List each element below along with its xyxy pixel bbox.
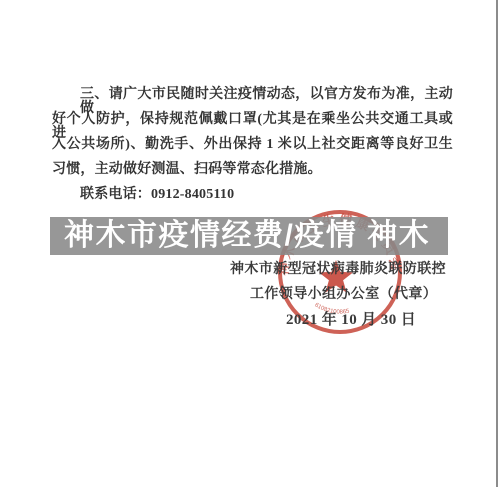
contact-phone-line: 联系电话：0912-8405110 bbox=[80, 188, 234, 202]
scan-edge-line bbox=[496, 0, 498, 487]
body-text-line-4: 习惯，主动做好测温、扫码等常态化措施。 bbox=[52, 163, 322, 177]
signature-date: 2021 年 10 月 30 日 bbox=[286, 313, 416, 328]
signature-org-line-2: 工作领导小组办公室（代章） bbox=[250, 288, 437, 302]
body-text-line-3: 入公共场所)、勤洗手、外出保持 1 米以上社交距离等良好卫生 bbox=[52, 138, 453, 152]
signature-org-line-1: 神木市新型冠状病毒肺炎联防联控 bbox=[230, 263, 446, 277]
headline-banner: 神木市疫情经费/疫情 神木 bbox=[50, 217, 448, 255]
document-page: 神木市卫生健康委员会 61082100865 三、请广大市民随时关注疫情动态，以… bbox=[0, 0, 500, 487]
headline-text: 神木市疫情经费/疫情 神木 bbox=[50, 221, 430, 251]
